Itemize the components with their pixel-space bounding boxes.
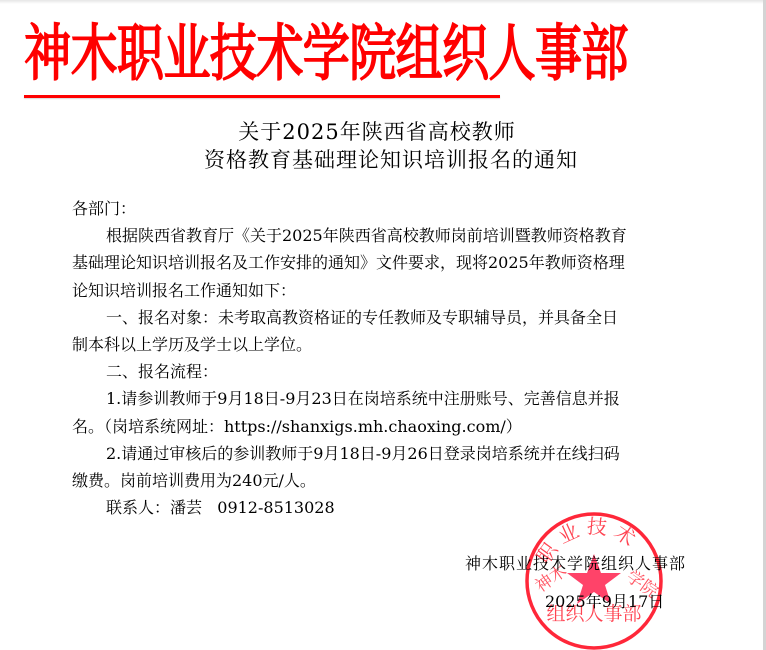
paragraph-intro-line-3: 论知识培训报名工作通知如下：	[72, 277, 722, 304]
official-seal-stamp: 职业技术 神木 学院 组织人事部	[523, 510, 665, 650]
step-1-line-2-url: 名。（岗培系统网址：https://shanxigs.mh.chaoxing.c…	[72, 413, 722, 440]
paragraph-intro-line-2: 基础理论知识培训报名及工作安排的通知》文件要求，现将2025年教师资格理	[72, 249, 722, 276]
seal-ring	[527, 514, 661, 648]
section-1-line-2: 制本科以上学历及学士以上学位。	[72, 331, 722, 358]
signature-date: 2025年9月17日	[545, 589, 664, 612]
step-1-line-1: 1.请参训教师于9月18日-9月23日在岗培系统中注册账号、完善信息并报	[72, 385, 722, 412]
salutation: 各部门：	[72, 195, 722, 222]
section-2-heading: 二、报名流程：	[72, 358, 722, 385]
page-top-shadow	[0, 0, 766, 4]
document-body: 各部门： 根据陕西省教育厅《关于2025年陕西省高校教师岗前培训暨教师资格教育 …	[72, 195, 722, 521]
step-2-line-2: 缴费。岗前培训费用为240元/人。	[72, 467, 722, 494]
letterhead-org-name: 神木职业技术学院组织人事部	[24, 14, 454, 92]
document-title-line-2: 资格教育基础理论知识培训报名的通知	[8, 146, 766, 174]
signature-org-name: 神木职业技术学院组织人事部	[465, 551, 686, 574]
section-1-line-1: 一、报名对象：未考取高教资格证的专任教师及专职辅导员，并具备全日	[72, 304, 722, 331]
contact-line: 联系人：潘芸 0912-8513028	[72, 494, 722, 521]
paragraph-intro-line-1: 根据陕西省教育厅《关于2025年陕西省高校教师岗前培训暨教师资格教育	[72, 222, 722, 249]
letterhead-red-rule	[24, 95, 500, 98]
step-2-line-1: 2.请通过审核后的参训教师于9月18日-9月26日登录岗培系统并在线扫码	[72, 440, 722, 467]
document-title-line-1: 关于2025年陕西省高校教师	[0, 118, 760, 146]
